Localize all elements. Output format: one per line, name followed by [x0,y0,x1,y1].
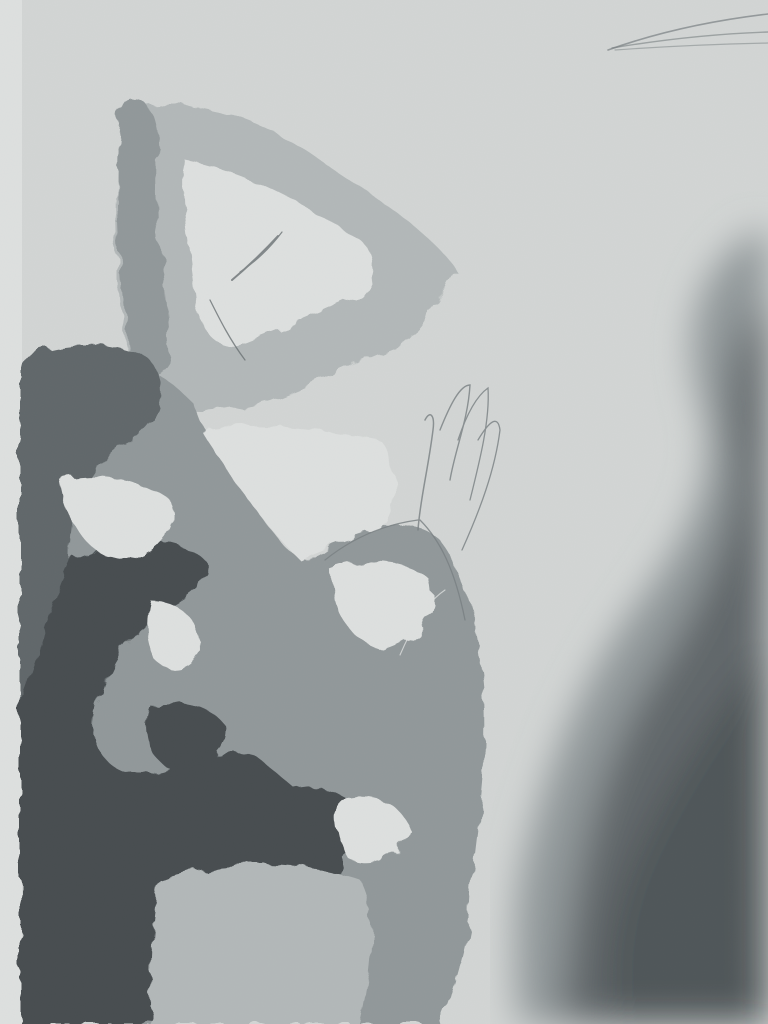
paper-grain-overlay [0,0,768,1024]
ink-wash-painting [0,0,768,1024]
